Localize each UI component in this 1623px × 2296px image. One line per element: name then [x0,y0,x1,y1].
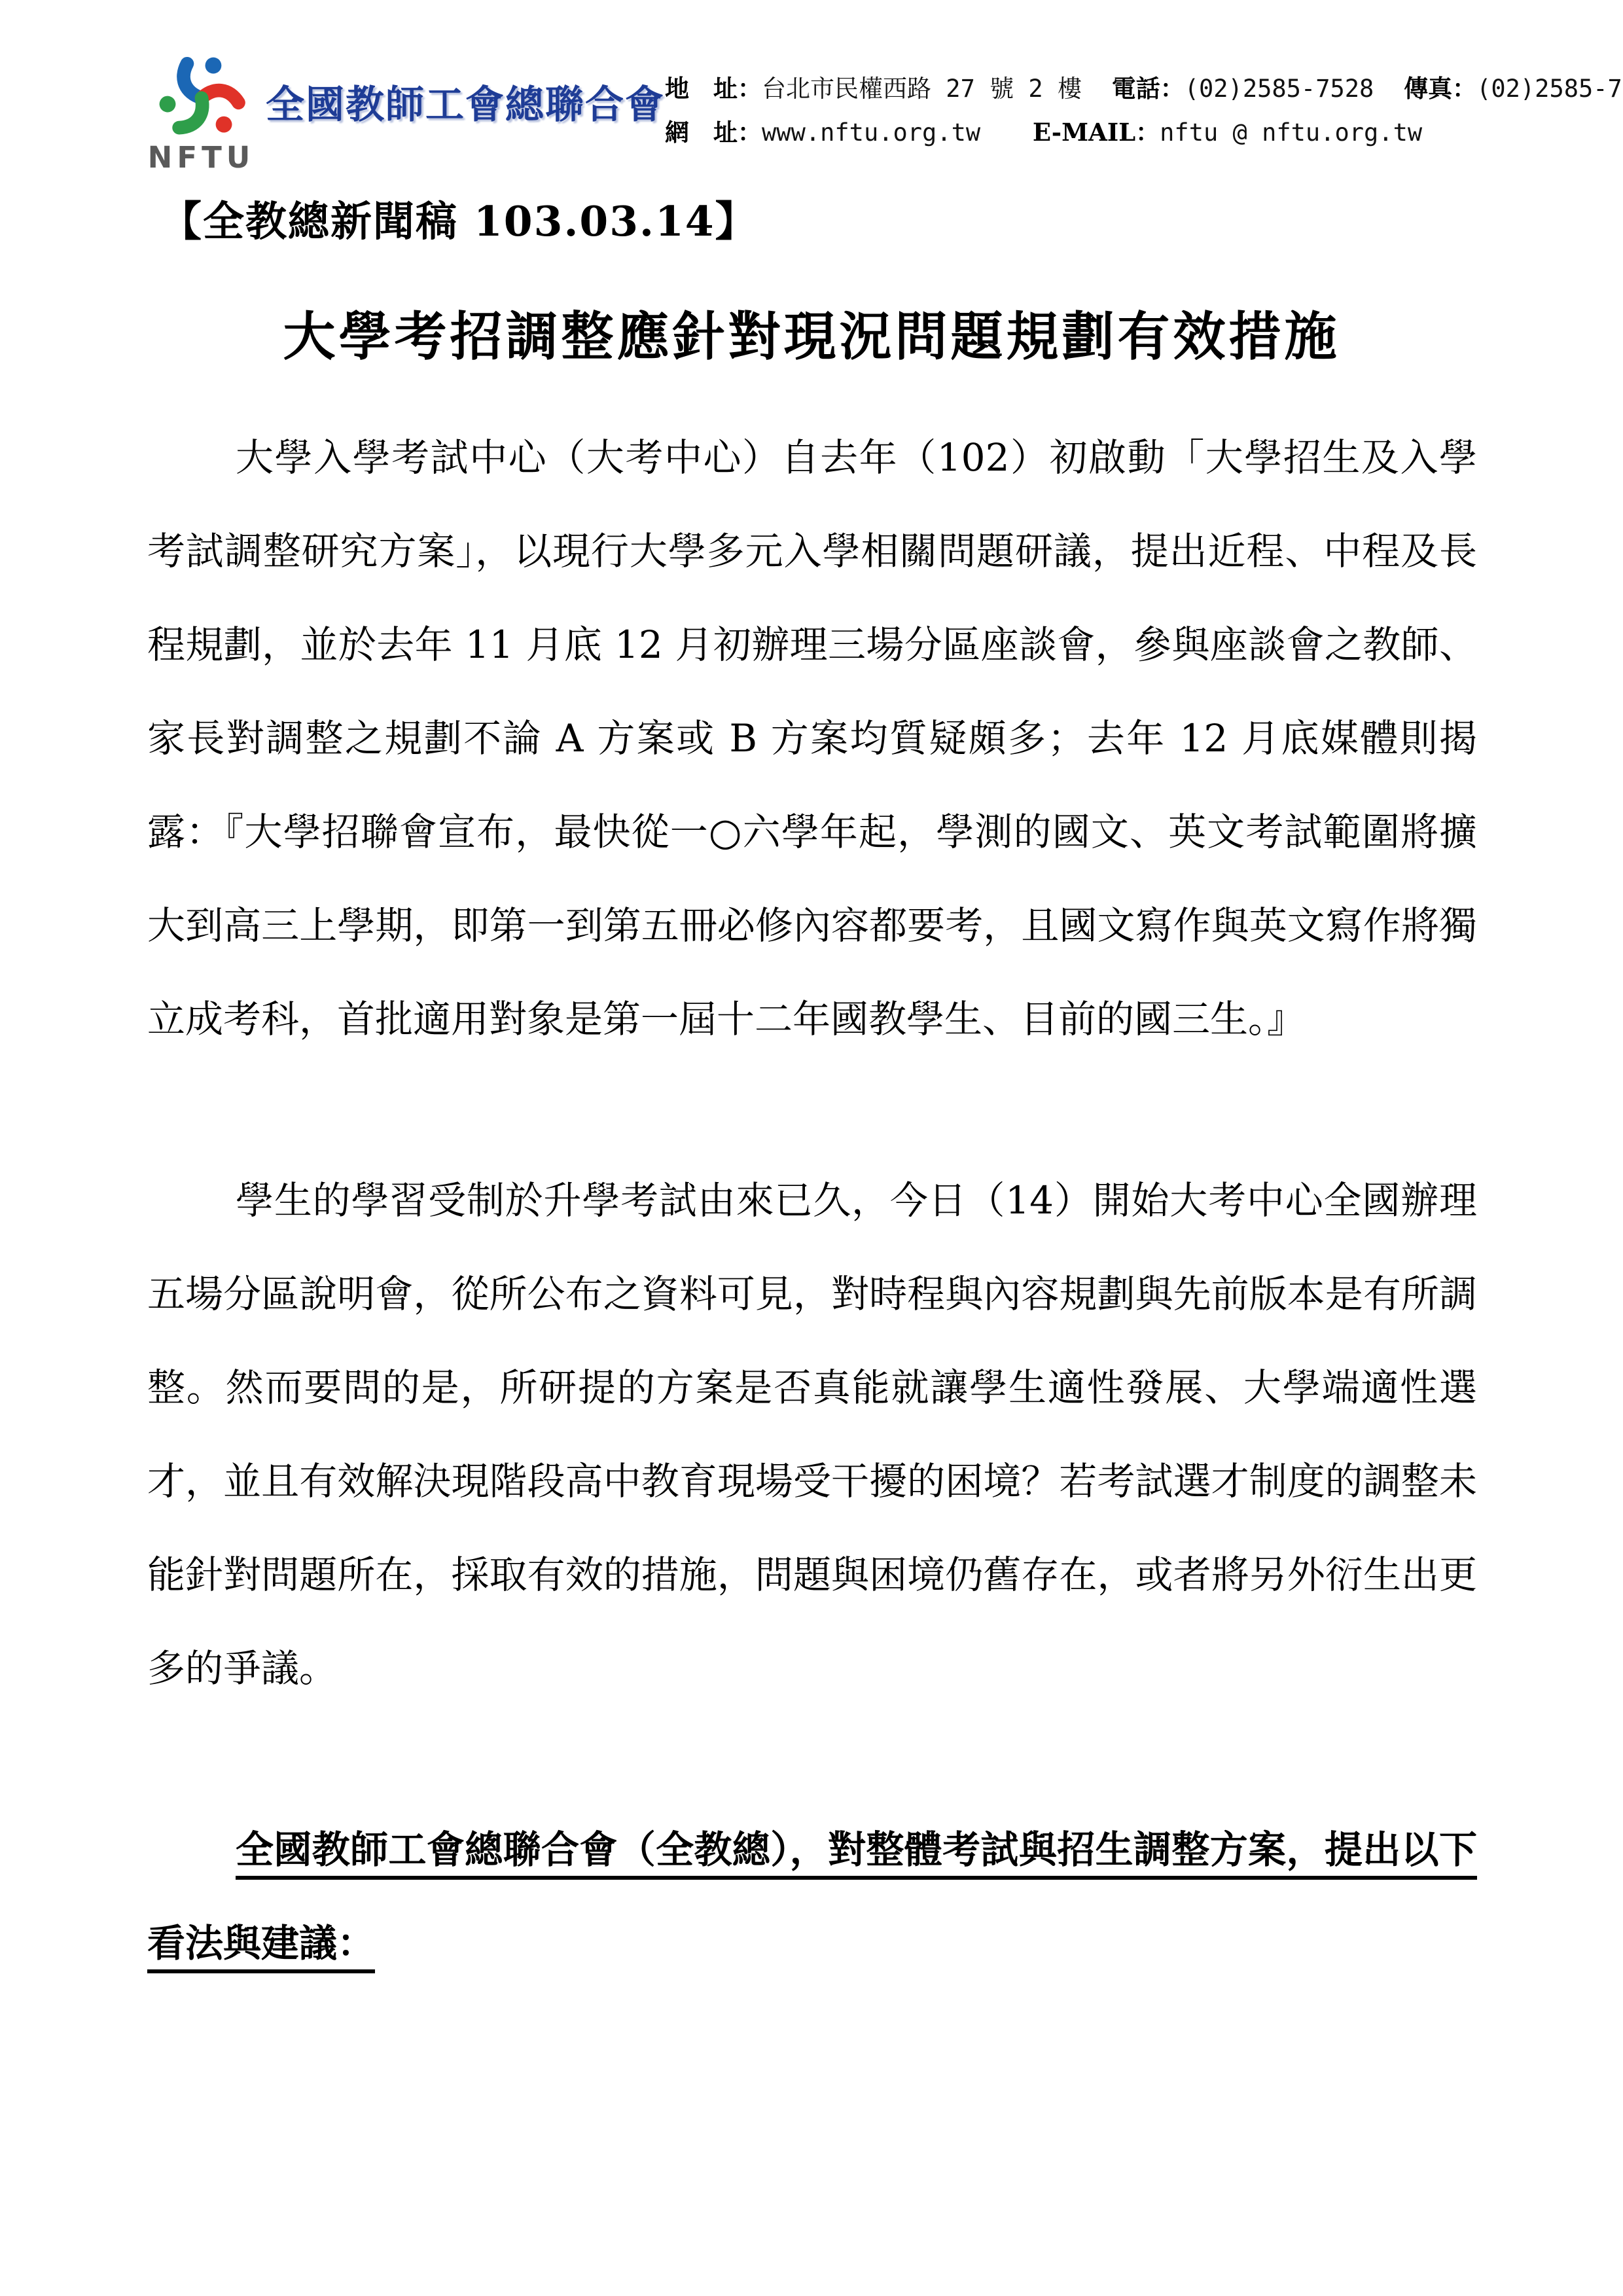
letterhead: NFTU 全國教師工會總聯合會 地 址：台北市民權西路 27 號 2 樓 電話：… [141,51,1505,172]
press-release-page: NFTU 全國教師工會總聯合會 地 址：台北市民權西路 27 號 2 樓 電話：… [0,0,1623,2296]
website-value: www.nftu.org.tw [762,118,980,147]
document-body: 大學入學考試中心（大考中心）自去年（102）初啟動「大學招生及入學考試調整研究方… [147,411,1477,1990]
phone-value: (02)2585-7528 [1185,75,1374,103]
phone-label: 電話： [1112,74,1185,103]
body-paragraph-emphasis: 全國教師工會總聯合會（全教總），對整體考試與招生調整方案，提出以下看法與建議： [147,1803,1477,1990]
contact-info: 地 址：台北市民權西路 27 號 2 樓 電話：(02)2585-7528 傳真… [665,51,1623,154]
address-value: 台北市民權西路 27 號 2 樓 [762,75,1082,103]
contact-row-web: 網 址：www.nftu.org.tw E-MAIL：nftu @ nftu.o… [665,111,1623,154]
email-label: E-MAIL： [1033,118,1160,147]
nftu-acronym: NFTU [148,143,255,172]
body-paragraph: 學生的學習受制於升學考試由來已久，今日（14）開始大考中心全國辦理五場分區說明會… [147,1154,1477,1715]
nftu-emblem-icon [147,51,257,141]
fax-label: 傳真： [1404,74,1476,103]
document-title: 大學考招調整應針對現況問題規劃有效措施 [0,295,1623,370]
release-tag: 【全教總新聞稿 103.03.14】 [160,188,758,248]
website-label: 網 址： [665,118,762,147]
body-paragraph: 大學入學考試中心（大考中心）自去年（102）初啟動「大學招生及入學考試調整研究方… [147,411,1477,1066]
email-value: nftu @ nftu.org.tw [1160,118,1422,147]
org-name: 全國教師工會總聯合會 [266,73,665,129]
address-label: 地 址： [665,74,762,103]
fax-value: (02)2585-7559 [1476,75,1623,103]
nftu-emblem: NFTU [141,51,262,172]
contact-row-address: 地 址：台北市民權西路 27 號 2 樓 電話：(02)2585-7528 傳真… [665,67,1623,111]
nftu-logo: NFTU 全國教師工會總聯合會 [141,51,665,172]
